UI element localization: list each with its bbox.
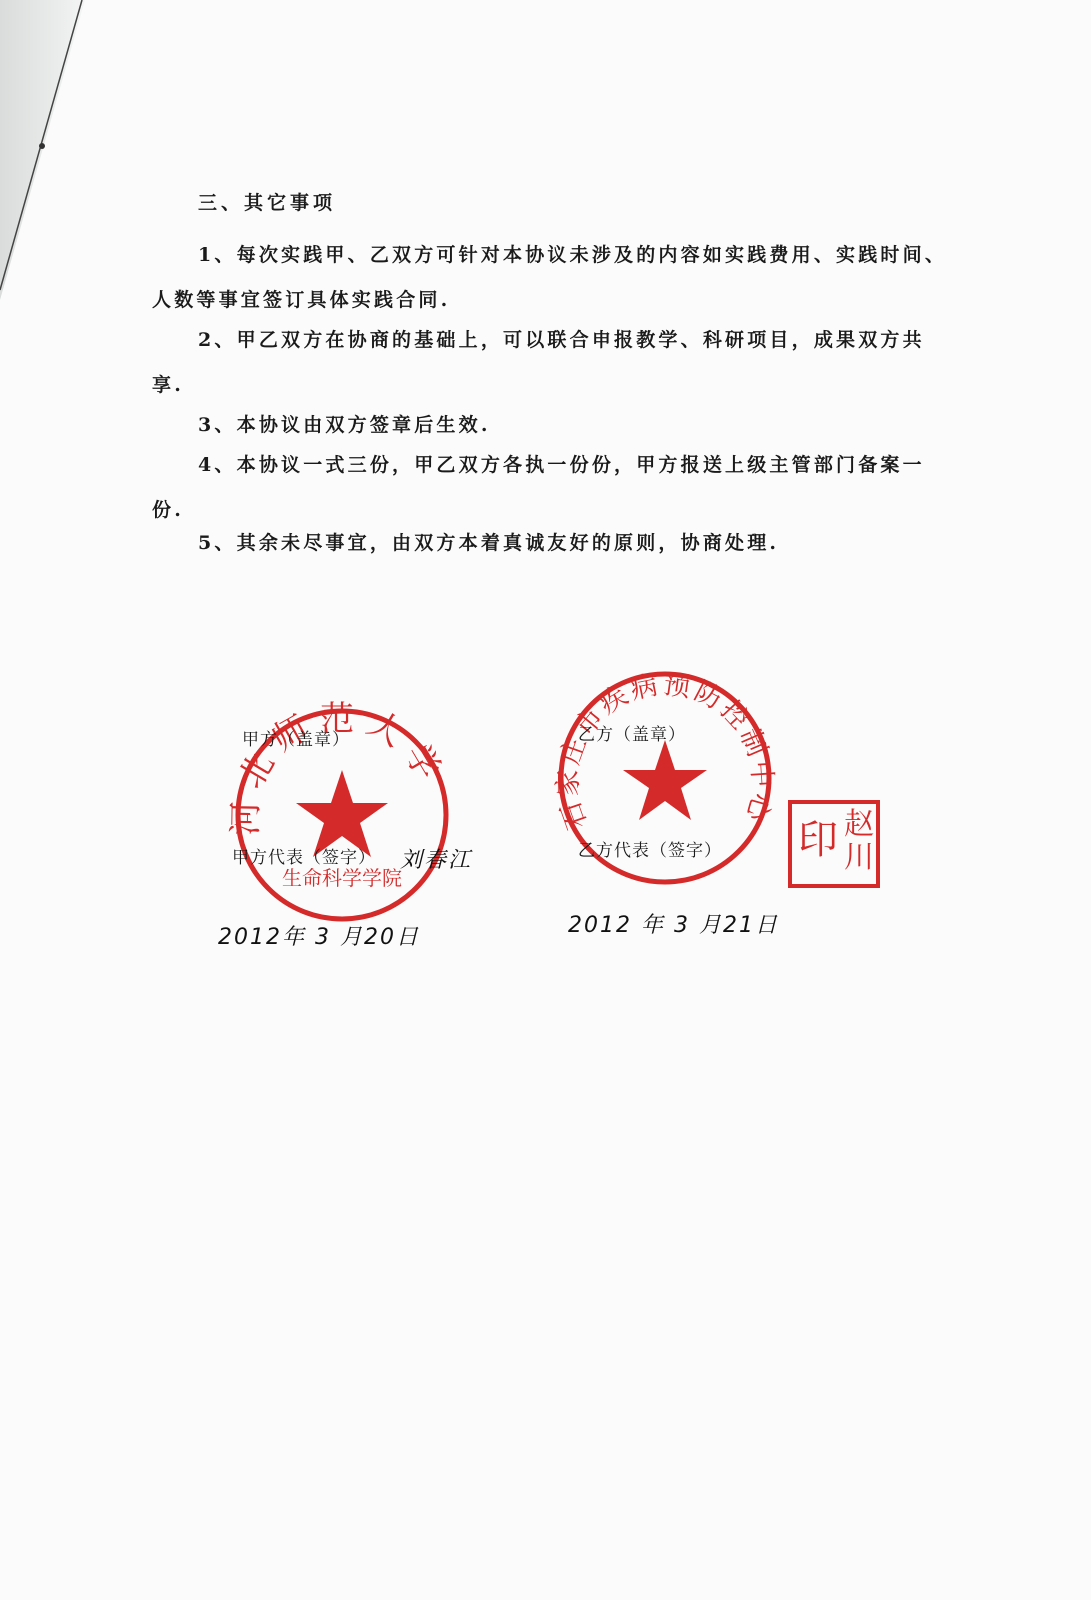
binding-line [0, 0, 1091, 330]
clause-1-line-2: 人数等事宜签订具体实践合同. [152, 285, 450, 312]
clause-1-line-1: 1、每次实践甲、乙双方可针对本协议未涉及的内容如实践费用、实践时间、 [198, 240, 947, 267]
party-b-personal-seal: 印 赵川 [788, 800, 880, 888]
party-b-date: 2012 年 3 月21日 [568, 908, 779, 939]
page-edge-shadow [0, 0, 90, 320]
section-heading: 三、其它事项 [198, 188, 336, 215]
party-b-rep-label: 乙方代表（签字） [578, 836, 722, 861]
party-b-seal-label: 乙方（盖章） [578, 720, 686, 745]
party-a-signature: 刘春江 [400, 843, 472, 874]
clause-2-line-2: 享. [152, 370, 184, 397]
clause-2-line-1: 2、甲乙双方在协商的基础上，可以联合申报教学、科研项目，成果双方共 [198, 325, 925, 352]
clause-4-line-1: 4、本协议一式三份，甲乙双方各执一份份，甲方报送上级主管部门备案一 [198, 450, 925, 477]
personal-seal-char: 印 [798, 820, 838, 860]
clause-4-line-2: 份. [152, 495, 184, 522]
party-a-rep-label: 甲方代表（签字） [232, 843, 376, 868]
party-a-date: 2012年 3 月20日 [218, 920, 420, 951]
clause-5: 5、其余未尽事宜，由双方本着真诚友好的原则，协商处理. [198, 528, 779, 555]
party-a-seal-label: 甲方（盖章） [242, 725, 350, 750]
personal-seal-name: 赵川 [842, 808, 876, 874]
clause-3: 3、本协议由双方签章后生效. [198, 410, 491, 437]
party-a-seal-inner-text: 生命科学学院 [282, 866, 402, 890]
